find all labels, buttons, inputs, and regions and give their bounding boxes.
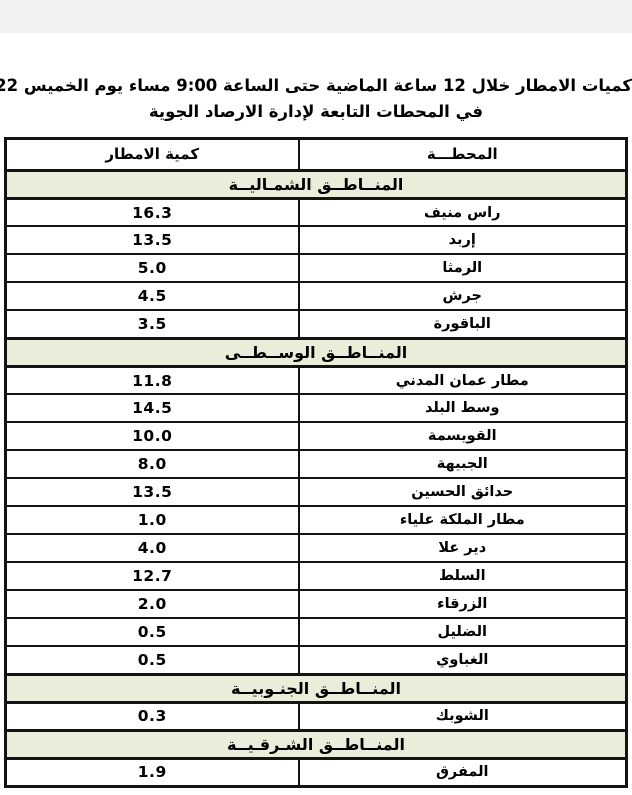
rainfall-amount-cell: 0.5 (6, 646, 299, 674)
table-row: مطار الملكة علياء1.0 (6, 506, 627, 534)
rainfall-amount-cell: 0.5 (6, 618, 299, 646)
rainfall-amount-cell: 2.0 (6, 590, 299, 618)
rainfall-amount-cell: 11.8 (6, 366, 299, 394)
station-cell: إربد (299, 226, 627, 254)
table-header-row: المحطـــة كمية الامطار (6, 138, 627, 170)
rainfall-amount-cell: 4.5 (6, 282, 299, 310)
rainfall-amount-cell: 3.5 (6, 310, 299, 338)
table-row: حدائق الحسين13.5 (6, 478, 627, 506)
station-cell: الجبيهة (299, 450, 627, 478)
table-row: القويسمة10.0 (6, 422, 627, 450)
table-row: راس منيف16.3 (6, 198, 627, 226)
station-cell: السلط (299, 562, 627, 590)
station-cell: وسط البلد (299, 394, 627, 422)
station-cell: الرمثا (299, 254, 627, 282)
rainfall-amount-cell: 5.0 (6, 254, 299, 282)
table-row: الباقورة3.5 (6, 310, 627, 338)
station-cell: دير علا (299, 534, 627, 562)
region-section-row: المنــاطــق الوســطــى (6, 338, 627, 366)
rainfall-amount-cell: 16.3 (6, 198, 299, 226)
table-row: الشوبك0.3 (6, 702, 627, 730)
table-row: جرش4.5 (6, 282, 627, 310)
station-column-header: المحطـــة (299, 138, 627, 170)
region-section-row: المنــاطــق الشمـاليــة (6, 170, 627, 198)
station-cell: الزرقاء (299, 590, 627, 618)
station-cell: الشوبك (299, 702, 627, 730)
table-row: المفرق1.9 (6, 758, 627, 786)
station-cell: القويسمة (299, 422, 627, 450)
station-cell: مطار الملكة علياء (299, 506, 627, 534)
station-cell: الباقورة (299, 310, 627, 338)
station-cell: جرش (299, 282, 627, 310)
station-cell: الضليل (299, 618, 627, 646)
table-row: دير علا4.0 (6, 534, 627, 562)
rainfall-amount-cell: 14.5 (6, 394, 299, 422)
region-section-row: المنــاطــق الجنـوبيــة (6, 674, 627, 702)
table-row: الضليل0.5 (6, 618, 627, 646)
rainfall-table: المحطـــة كمية الامطار المنــاطــق الشمـ… (4, 137, 628, 788)
rainfall-amount-cell: 8.0 (6, 450, 299, 478)
region-section-header: المنــاطــق الشـرقـيــة (6, 730, 627, 758)
amount-column-header: كمية الامطار (6, 138, 299, 170)
station-cell: الغباوي (299, 646, 627, 674)
top-bar (0, 0, 632, 33)
table-row: الزرقاء2.0 (6, 590, 627, 618)
table-row: الرمثا5.0 (6, 254, 627, 282)
rainfall-amount-cell: 1.0 (6, 506, 299, 534)
region-section-header: المنــاطــق الشمـاليــة (6, 170, 627, 198)
station-cell: راس منيف (299, 198, 627, 226)
table-row: الغباوي0.5 (6, 646, 627, 674)
title-line-2: في المحطات التابعة لإدارة الارصاد الجوية (0, 99, 632, 125)
rainfall-amount-cell: 13.5 (6, 226, 299, 254)
rainfall-amount-cell: 12.7 (6, 562, 299, 590)
table-row: إربد13.5 (6, 226, 627, 254)
rainfall-amount-cell: 10.0 (6, 422, 299, 450)
station-cell: المفرق (299, 758, 627, 786)
rainfall-amount-cell: 0.3 (6, 702, 299, 730)
station-cell: حدائق الحسين (299, 478, 627, 506)
table-row: السلط12.7 (6, 562, 627, 590)
rainfall-amount-cell: 13.5 (6, 478, 299, 506)
rainfall-amount-cell: 4.0 (6, 534, 299, 562)
region-section-row: المنــاطــق الشـرقـيــة (6, 730, 627, 758)
rainfall-amount-cell: 1.9 (6, 758, 299, 786)
region-section-header: المنــاطــق الوســطــى (6, 338, 627, 366)
document-title: كميات الامطار خلال 12 ساعة الماضية حتى ا… (0, 73, 632, 126)
table-body: المنــاطــق الشمـاليــةراس منيف16.3إربد1… (6, 170, 627, 786)
table-row: وسط البلد14.5 (6, 394, 627, 422)
table-row: الجبيهة8.0 (6, 450, 627, 478)
table-row: مطار عمان المدني11.8 (6, 366, 627, 394)
title-line-1: كميات الامطار خلال 12 ساعة الماضية حتى ا… (0, 73, 632, 99)
station-cell: مطار عمان المدني (299, 366, 627, 394)
region-section-header: المنــاطــق الجنـوبيــة (6, 674, 627, 702)
